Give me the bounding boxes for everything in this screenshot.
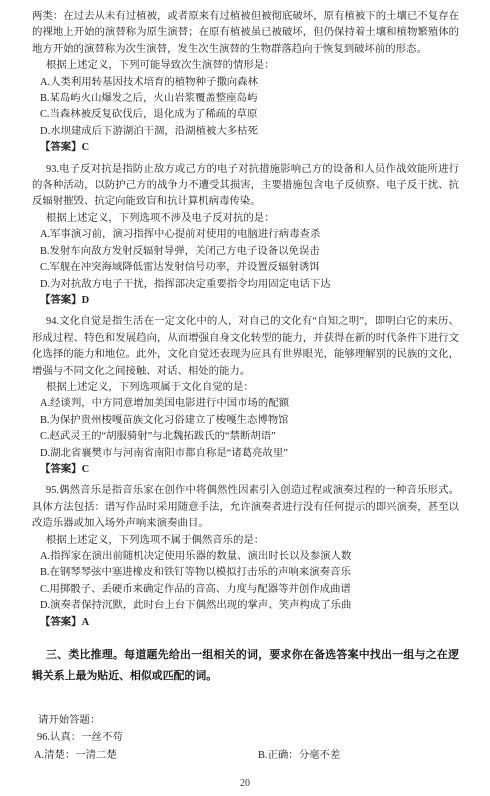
question-92-option-a: A.人类利用转基因技术培育的植物种子撒向森林 <box>32 75 459 91</box>
question-93-option-d: D.为对抗敌方电子干扰，指挥部决定重要指令均用固定电话下达 <box>32 277 459 293</box>
question-93-prompt: 根据上述定义，下列选项不涉及电子反对抗的是： <box>32 211 459 227</box>
exam-document-page: 两类：在过去从未有过植被，或者原来有过植被但被彻底破坏，原有植被下的土壤已不复存… <box>0 0 490 796</box>
question-93-option-c: C.军舰在冲突海域降低雷达发射信号功率，并设置反辐射诱饵 <box>32 260 459 276</box>
question-block-94: 94.文化自觉是指生活在一定文化中的人，对自己的文化有“自知之明”，即明白它的来… <box>32 314 459 478</box>
question-95-answer-line: 【答案】A <box>32 615 459 631</box>
question-block-93: 93.电子反对抗是指防止敌方或己方的电子对抗措施影响己方的设备和人员作战效能所进… <box>32 162 459 310</box>
question-94-option-c: C.赵武灵王的“胡服骑射”与北魏拓跋氏的“禁断胡语” <box>32 429 459 445</box>
question-93-answer-line: 【答案】D <box>32 293 459 309</box>
question-96-option-a: A.清楚：一清二楚 <box>34 748 258 764</box>
question-92-option-b: B.某岛屿火山爆发之后，火山岩浆覆盖整座岛屿 <box>32 91 459 107</box>
question-block-96: 96.认真：一丝不苟 A.清楚：一清二楚 B.正确：分毫不差 <box>32 730 459 764</box>
question-93-stem: 93.电子反对抗是指防止敌方或己方的电子对抗措施影响己方的设备和人员作战效能所进… <box>32 162 459 211</box>
answer-label: 【答案】 <box>40 295 82 306</box>
answer-value: C <box>82 464 91 475</box>
question-95-option-a: A.指挥家在演出前随机决定使用乐器的数量、演出时长以及参演人数 <box>32 549 459 565</box>
page-number: 20 <box>0 778 490 789</box>
question-92-prompt: 根据上述定义，下列可能导致次生演替的情形是： <box>32 58 459 74</box>
answer-value: C <box>82 142 91 153</box>
question-94-option-a: A.经谈判，中方同意增加美国电影进行中国市场的配额 <box>32 396 459 412</box>
question-92-continuation-text: 两类：在过去从未有过植被，或者原来有过植被但被彻底破坏，原有植被下的土壤已不复存… <box>32 9 459 58</box>
question-93-option-a: A.军事演习前，演习指挥中心提前对使用的电脑进行病毒查杀 <box>32 227 459 243</box>
answer-label: 【答案】 <box>40 617 82 628</box>
question-94-option-d: D.湖北省襄樊市与河南省南阳市都自称是“诸葛亮故里” <box>32 446 459 462</box>
question-95-option-d: D.演奏者保持沉默，此时台上台下偶然出现的掌声、笑声构成了乐曲 <box>32 598 459 614</box>
question-95-prompt: 根据上述定义，下列选项不属于偶然音乐的是： <box>32 533 459 549</box>
question-block-95: 95.偶然音乐是指音乐家在创作中将偶然性因素引入创造过程或演奏过程的一种音乐形式… <box>32 483 459 631</box>
answer-label: 【答案】 <box>40 142 82 153</box>
question-95-option-b: B.在钢琴琴弦中塞进橡皮和铁钉等物以模拟打击乐的声响来演奏音乐 <box>32 565 459 581</box>
section-3-header: 三、类比推理。每道题先给出一组相关的词，要求你在备选答案中找出一组与之在逻辑关系… <box>32 645 459 687</box>
question-94-option-b: B.为保护贵州梭嘎苗族文化习俗建立了梭嘎生态博物馆 <box>32 413 459 429</box>
answer-label: 【答案】 <box>40 464 82 475</box>
question-92-option-c: C.当森林被反复砍伐后，退化成为了稀疏的草原 <box>32 107 459 123</box>
question-92-answer-line: 【答案】C <box>32 140 459 156</box>
question-94-answer-line: 【答案】C <box>32 462 459 478</box>
question-92-option-d: D.水坝建成后下游湖泊干涸，沿湖植被大多枯死 <box>32 124 459 140</box>
question-93-option-b: B.发射车向敌方发射反辐射导弹，关闭己方电子设备以免误击 <box>32 244 459 260</box>
question-95-stem: 95.偶然音乐是指音乐家在创作中将偶然性因素引入创造过程或演奏过程的一种音乐形式… <box>32 483 459 532</box>
question-94-stem: 94.文化自觉是指生活在一定文化中的人，对自己的文化有“自知之明”，即明白它的来… <box>32 314 459 380</box>
question-96-stem: 96.认真：一丝不苟 <box>32 730 459 746</box>
question-94-prompt: 根据上述定义，下列选项属于文化自觉的是： <box>32 380 459 396</box>
start-answering-prompt: 请开始答题： <box>32 713 459 729</box>
question-95-option-c: C.用掷骰子、丢硬币来确定作品的音高、力度与配器等并创作成曲谱 <box>32 582 459 598</box>
answer-value: A <box>82 617 91 628</box>
question-96-options-row: A.清楚：一清二楚 B.正确：分毫不差 <box>32 748 459 764</box>
answer-value: D <box>82 295 91 306</box>
question-block-92: 两类：在过去从未有过植被，或者原来有过植被但被彻底破坏，原有植被下的土壤已不复存… <box>32 9 459 157</box>
question-96-option-b: B.正确：分毫不差 <box>258 748 340 764</box>
